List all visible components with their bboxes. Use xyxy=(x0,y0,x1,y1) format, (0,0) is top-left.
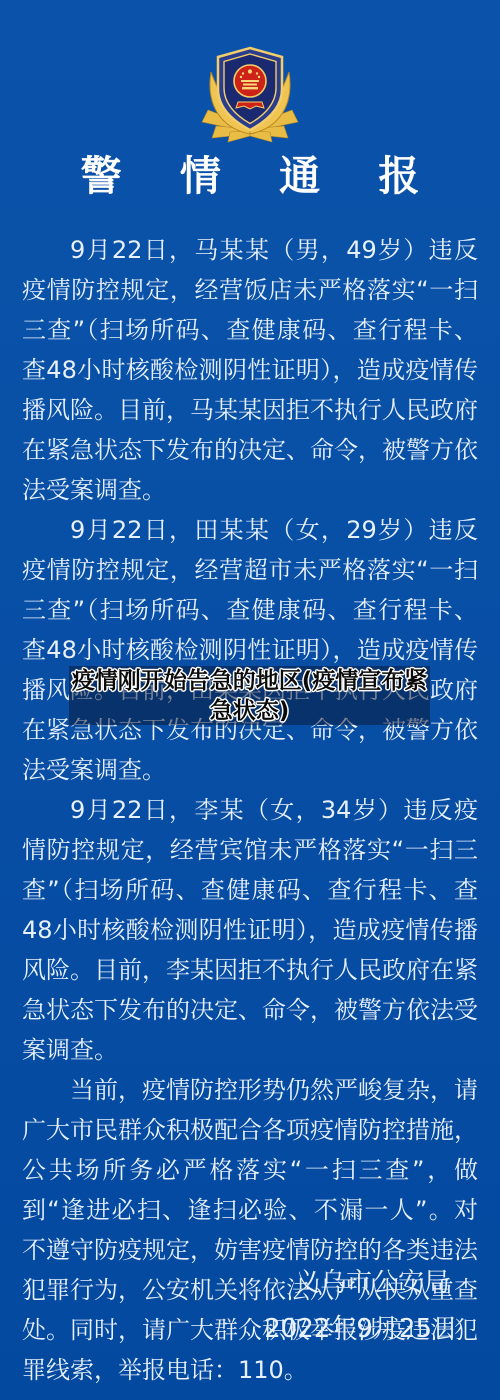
page-title: 警 情 通 报 xyxy=(0,148,500,204)
caption-overlay: 疫情刚开始告急的地区(疫情宣布紧急状态) xyxy=(69,666,430,725)
caption-text: 疫情刚开始告急的地区(疫情宣布紧急状态) xyxy=(69,666,430,726)
signature-block: 义乌市公安局 2022年9月25日 xyxy=(0,1260,500,1352)
notice-paragraph-1: 9月22日，马某某（男，49岁）违反疫情防控规定，经营饭店未严格落实“一扫三查”… xyxy=(22,230,478,510)
police-badge-icon xyxy=(198,44,302,144)
police-badge-svg xyxy=(198,44,302,144)
signature-agency: 义乌市公安局 xyxy=(0,1260,500,1306)
signature-date: 2022年9月25日 xyxy=(0,1306,500,1352)
police-notice-poster: { "page": { "kind": "警情通报海报", "backgroun… xyxy=(0,0,500,1400)
notice-body: 9月22日，马某某（男，49岁）违反疫情防控规定，经营饭店未严格落实“一扫三查”… xyxy=(22,230,478,1390)
notice-paragraph-3: 9月22日，李某（女，34岁）违反疫情防控规定，经营宾馆未严格落实“一扫三查”（… xyxy=(22,790,478,1070)
notice-paragraph-2: 9月22日，田某某（女，29岁）违反疫情防控规定，经营超市未严格落实“一扫三查”… xyxy=(22,510,478,790)
